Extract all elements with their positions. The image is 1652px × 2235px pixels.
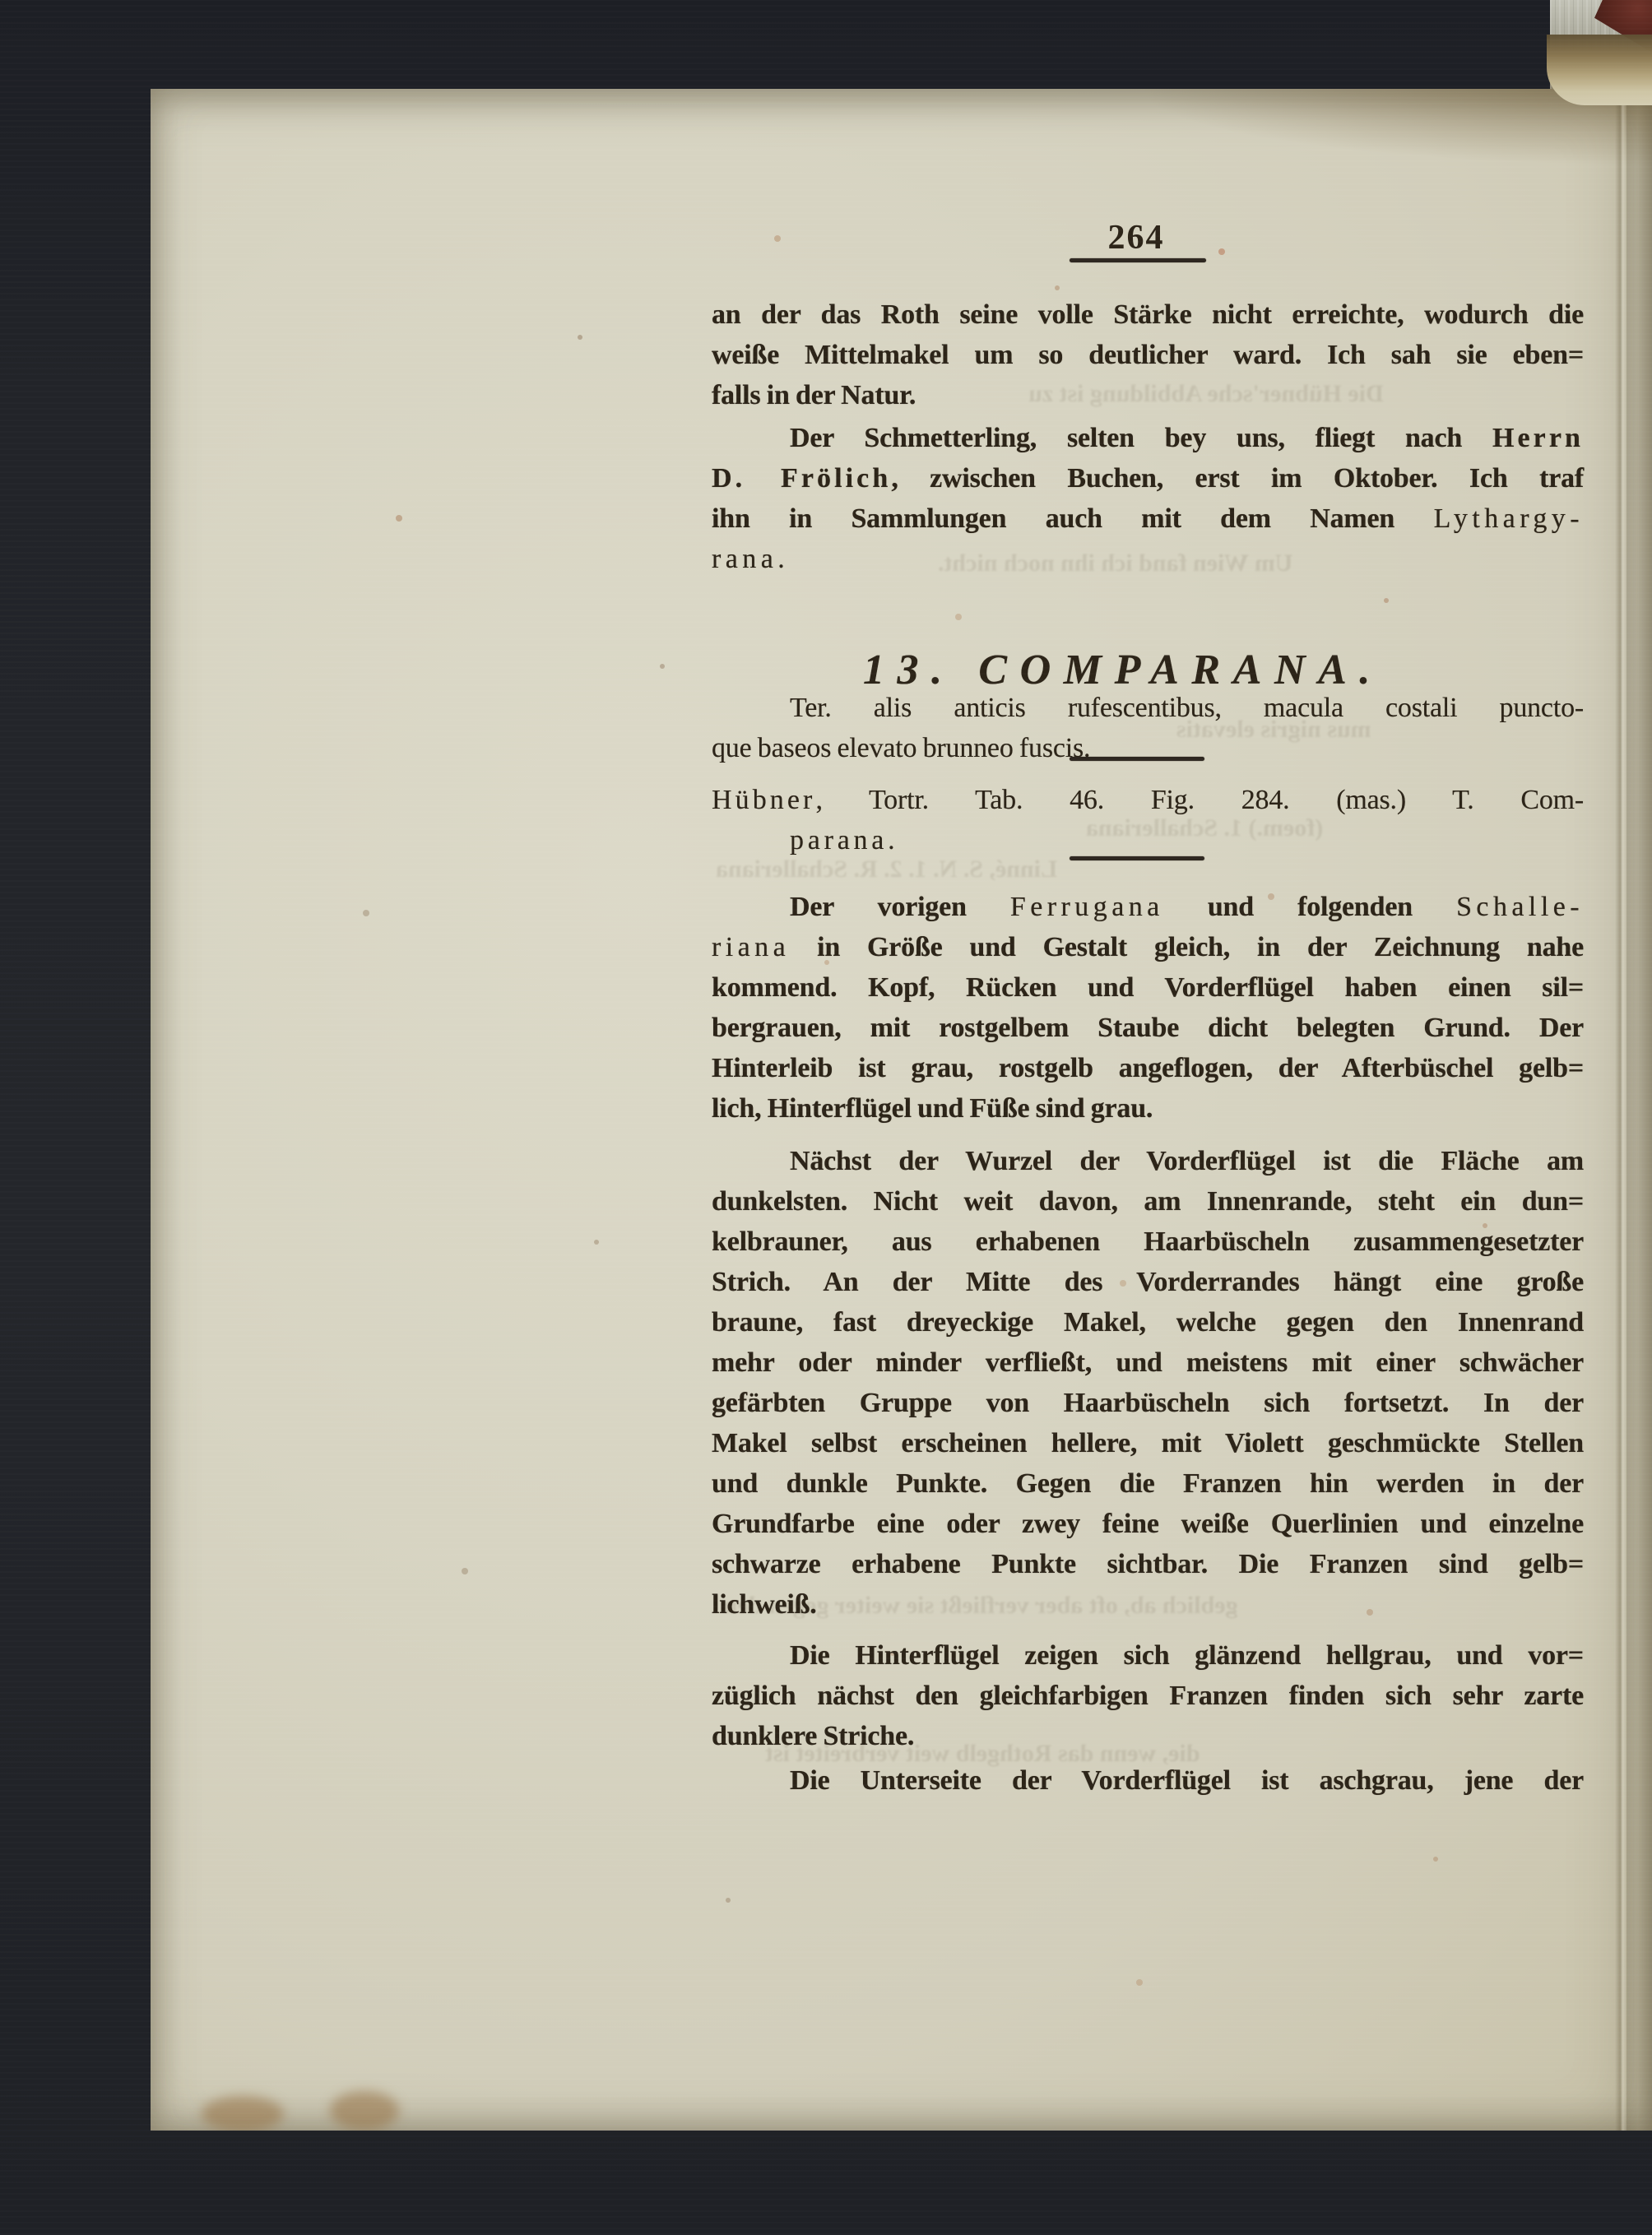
spaced-name: Herrn (1492, 423, 1584, 453)
text-line: falls in der Natur. (712, 375, 1584, 415)
citation: Hübner, Tortr. Tab. 46. Fig. 284. (mas.)… (712, 780, 1584, 860)
text-line: bergrauen, mit rostgelbem Staube dicht b… (712, 1008, 1584, 1048)
species-name-antiqua: Schalle- (1456, 892, 1584, 922)
text-segment: und folgenden (1164, 892, 1456, 922)
text-line: Grundfarbe eine oder zwey feine weiße Qu… (712, 1504, 1584, 1544)
text-line: Strich. An der Mitte des Vorderrandes hä… (712, 1262, 1584, 1302)
species-name-antiqua: Ferrugana (1010, 892, 1164, 922)
page-number: 264 (1066, 218, 1206, 257)
species-name-antiqua: Lythargy- (1434, 503, 1584, 534)
text-segment: Der Schmetterling, selten bey uns, flieg… (790, 423, 1492, 453)
text-line: Die Hinterflügel zeigen sich glänzend he… (712, 1635, 1584, 1676)
text-segment: ihn in Sammlungen auch mit dem Namen (712, 503, 1434, 534)
text-line: Die Unterseite der Vorderflügel ist asch… (712, 1760, 1584, 1801)
text-line: dunklere Striche. (712, 1716, 1584, 1756)
book-scan: Die Hübner'sche Abbildung ist zu Um Wien… (0, 0, 1652, 2235)
text-line: dunkelsten. Nicht weit davon, am Innenra… (712, 1181, 1584, 1222)
text-line: Nächst der Wurzel der Vorderflügel ist d… (712, 1141, 1584, 1181)
text-line: kelbrauner, aus erhabenen Haarbüscheln z… (712, 1222, 1584, 1262)
paragraph-hindwings: Die Hinterflügel zeigen sich glänzend he… (712, 1635, 1584, 1756)
text-line: Hinterleib ist grau, rostgelb angeflogen… (712, 1048, 1584, 1088)
text-line: züglich nächst den gleichfarbigen Franze… (712, 1676, 1584, 1716)
text-line: Der Schmetterling, selten bey uns, flieg… (712, 418, 1584, 458)
paragraph-underside: Die Unterseite der Vorderflügel ist asch… (712, 1760, 1584, 1801)
paragraph-description-1: Der vorigen Ferrugana und folgenden Scha… (712, 887, 1584, 1129)
text-line: kommend. Kopf, Rücken und Vorderflügel h… (712, 967, 1584, 1008)
paragraph-description-2: Nächst der Wurzel der Vorderflügel ist d… (712, 1141, 1584, 1625)
text-line: schwarze erhabene Punkte sichtbar. Die F… (712, 1544, 1584, 1584)
separator-rule (1070, 757, 1204, 761)
text-segment: in Größe und Gestalt gleich, in der Zeic… (790, 932, 1584, 962)
spaced-name: D. Frölich (712, 463, 891, 494)
text-line: rana. (712, 539, 1584, 579)
text-line: D. Frölich, zwischen Buchen, erst im Okt… (712, 458, 1584, 498)
page-number-rule (1070, 258, 1206, 262)
text-line: weiße Mittelmakel um so deutlicher ward.… (712, 335, 1584, 375)
bottom-stain (330, 2091, 399, 2131)
binding-crease (1615, 89, 1626, 2131)
text-line: ihn in Sammlungen auch mit dem Namen Lyt… (712, 498, 1584, 539)
bottom-stain (202, 2096, 284, 2131)
text-line: lichweiß. (712, 1584, 1584, 1625)
text-line: parana. (712, 820, 1584, 860)
paragraph-flight: Der Schmetterling, selten bey uns, flieg… (712, 418, 1584, 579)
text-segment: , zwischen Buchen, erst im Oktober. Ich … (891, 463, 1584, 494)
text-line: gefärbten Gruppe von Haarbüscheln sich f… (712, 1383, 1584, 1423)
paper-specks (151, 89, 154, 92)
text-line: braune, fast dreyeckige Makel, welche ge… (712, 1302, 1584, 1342)
text-line: Hübner, Tortr. Tab. 46. Fig. 284. (mas.)… (712, 780, 1584, 820)
text-line: mehr oder minder verfließt, und meistens… (712, 1342, 1584, 1383)
text-line: Ter. alis anticis rufescentibus, macula … (712, 688, 1584, 728)
curled-page-gutter (1547, 35, 1652, 105)
text-line: que baseos elevato brunneo fuscis. (712, 728, 1584, 768)
text-line: lich, Hinterflügel und Füße sind grau. (712, 1088, 1584, 1129)
separator-rule (1070, 856, 1204, 860)
species-name-antiqua: rana. (712, 544, 789, 574)
author-name: Hübner (712, 785, 815, 815)
book-page: Die Hübner'sche Abbildung ist zu Um Wien… (151, 89, 1652, 2131)
text-line: Der vorigen Ferrugana und folgenden Scha… (712, 887, 1584, 927)
species-name-antiqua: riana (712, 932, 790, 962)
text-segment: , Tortr. Tab. 46. Fig. 284. (mas.) T. Co… (815, 785, 1584, 815)
paragraph-continuation: an der das Roth seine volle Stärke nicht… (712, 294, 1584, 415)
adjacent-page-strip (1626, 89, 1652, 2131)
text-segment: Der vorigen (790, 892, 1010, 922)
text-line: Makel selbst erscheinen hellere, mit Vio… (712, 1423, 1584, 1463)
text-line: an der das Roth seine volle Stärke nicht… (712, 294, 1584, 335)
text-line: riana in Größe und Gestalt gleich, in de… (712, 927, 1584, 967)
text-line: und dunkle Punkte. Gegen die Franzen hin… (712, 1463, 1584, 1504)
